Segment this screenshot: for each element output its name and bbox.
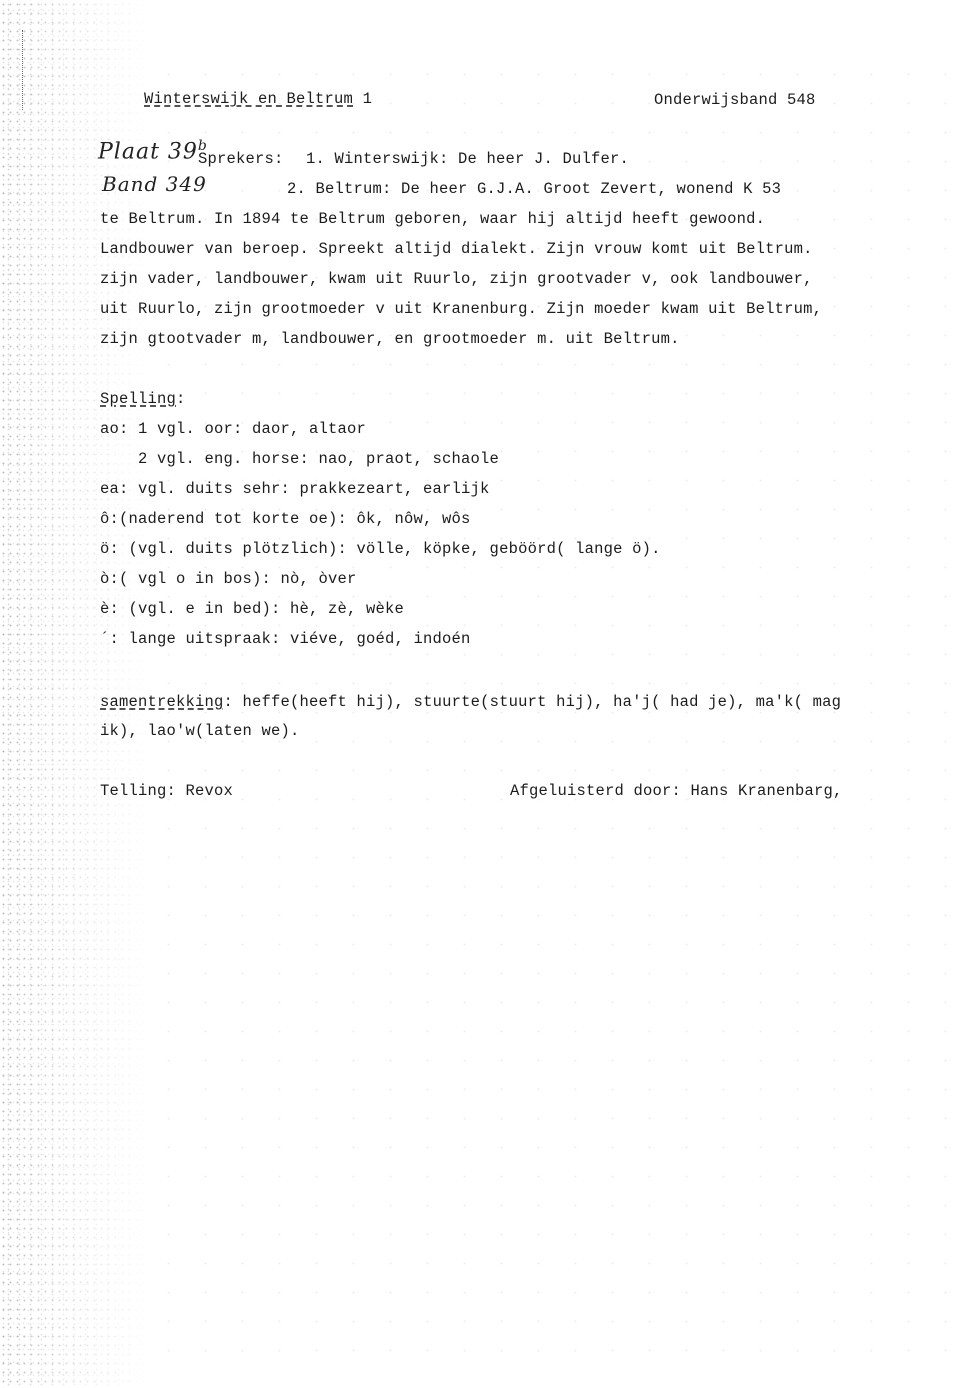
- spelling-line: ô:(naderend tot korte oe): ôk, nôw, wôs: [100, 510, 471, 528]
- samentrekking-text: : heffe(heeft hij), stuurte(stuurt hij),…: [224, 693, 842, 711]
- bio-line: zijn gtootvader m, landbouwer, en grootm…: [100, 330, 680, 348]
- spelling-line: 2 vgl. eng. horse: nao, praot, schaole: [100, 450, 499, 468]
- page-number: 1: [363, 90, 373, 108]
- speaker-2: 2. Beltrum: De heer G.J.A. Groot Zevert,…: [287, 180, 781, 198]
- spelling-heading: Spelling:: [100, 390, 186, 408]
- bio-line: te Beltrum. In 1894 te Beltrum geboren, …: [100, 210, 765, 228]
- spelling-line: ao: 1 vgl. oor: daor, altaor: [100, 420, 366, 438]
- spelling-line: è: (vgl. e in bed): hè, zè, wèke: [100, 600, 404, 618]
- samentrekking-line: samentrekking: heffe(heeft hij), stuurte…: [100, 693, 841, 711]
- document-header: Winterswijk en Beltrum 1: [144, 90, 372, 108]
- spelling-line: ea: vgl. duits sehr: prakkezeart, earlij…: [100, 480, 490, 498]
- samentrekking-label: samentrekking: [100, 693, 224, 711]
- telling: Telling: Revox: [100, 782, 233, 800]
- afgeluisterd-door: Afgeluisterd door: Hans Kranenbarg,: [510, 782, 843, 800]
- spelling-line: ö: (vgl. duits plötzlich): völle, köpke,…: [100, 540, 661, 558]
- bio-line: uit Ruurlo, zijn grootmoeder v uit Krane…: [100, 300, 822, 318]
- margin-mark: [22, 30, 25, 110]
- spelling-line: ò:( vgl o in bos): nò, òver: [100, 570, 357, 588]
- bio-line: Landbouwer van beroep. Spreekt altijd di…: [100, 240, 813, 258]
- samentrekking-line-2: ik), lao'w(laten we).: [100, 722, 300, 740]
- spelling-heading-text: Spelling: [100, 390, 176, 408]
- spelling-line: ´: lange uitspraak: viéve, goéd, indoén: [100, 630, 471, 648]
- handwritten-plaat: Plaat 39b: [98, 138, 208, 164]
- spelling-heading-colon: :: [176, 390, 186, 408]
- band-label: Onderwijsband 548: [654, 91, 816, 109]
- speaker-1: 1. Winterswijk: De heer J. Dulfer.: [306, 150, 629, 168]
- speakers-label: Sprekers:: [198, 150, 284, 168]
- handwritten-band: Band 349: [102, 172, 207, 196]
- handwritten-plaat-text: Plaat 39: [98, 139, 198, 164]
- bio-line: zijn vader, landbouwer, kwam uit Ruurlo,…: [100, 270, 813, 288]
- document-title: Winterswijk en Beltrum: [144, 90, 353, 108]
